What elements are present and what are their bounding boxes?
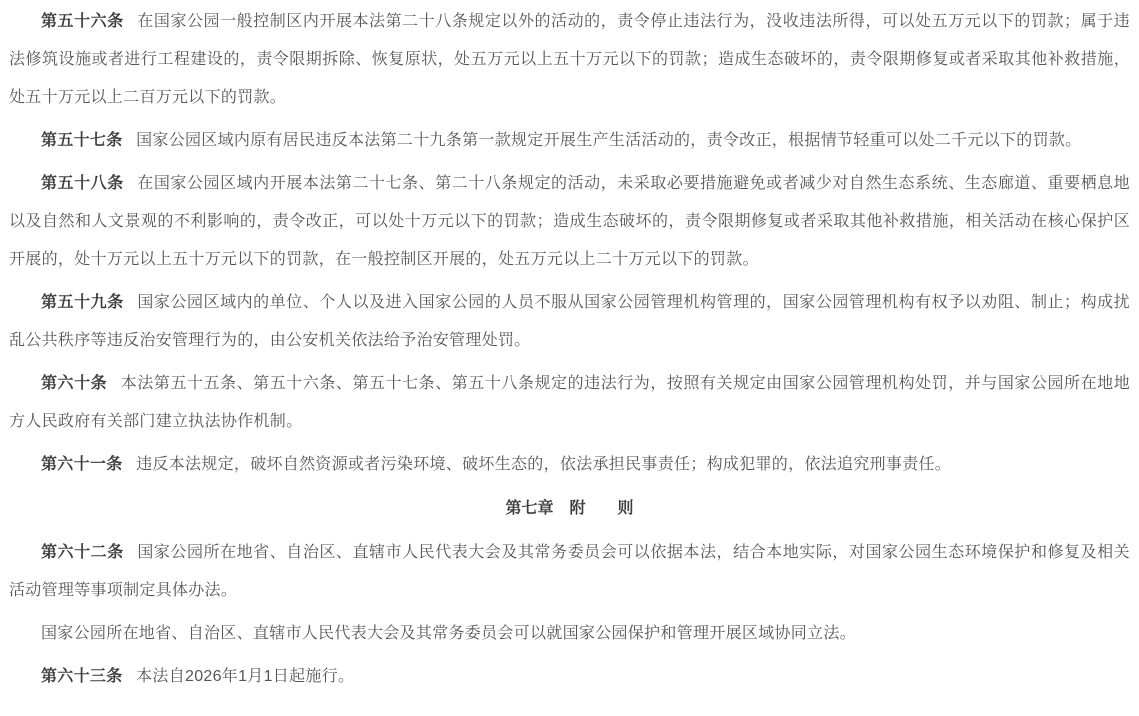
- law-article-paragraph: 第五十七条国家公园区域内原有居民违反本法第二十九条第一款规定开展生产生活活动的，…: [9, 122, 1130, 160]
- article-number: 第六十二条: [41, 544, 124, 561]
- article-text: 在国家公园一般控制区内开展本法第二十八条规定以外的活动的，责令停止违法行为，没收…: [9, 13, 1130, 106]
- law-article-paragraph: 第五十八条在国家公园区域内开展本法第二十七条、第二十八条规定的活动，未采取必要措…: [9, 165, 1130, 279]
- law-article-paragraph: 第五十九条国家公园区域内的单位、个人以及进入国家公园的人员不服从国家公园管理机构…: [9, 284, 1130, 360]
- article-text: 本法自2026年1月1日起施行。: [136, 668, 354, 685]
- law-article-paragraph: 第六十三条本法自2026年1月1日起施行。: [9, 658, 1130, 696]
- law-document-body: 第五十六条在国家公园一般控制区内开展本法第二十八条规定以外的活动的，责令停止违法…: [0, 0, 1139, 716]
- article-text: 国家公园所在地省、自治区、直辖市人民代表大会及其常务委员会可以就国家公园保护和管…: [41, 625, 856, 642]
- article-number: 第五十六条: [41, 13, 124, 30]
- law-plain-paragraph: 国家公园所在地省、自治区、直辖市人民代表大会及其常务委员会可以就国家公园保护和管…: [9, 615, 1130, 653]
- law-article-paragraph: 第六十一条违反本法规定，破坏自然资源或者污染环境、破坏生态的，依法承担民事责任；…: [9, 446, 1130, 484]
- article-text: 国家公园区域内的单位、个人以及进入国家公园的人员不服从国家公园管理机构管理的，国…: [9, 294, 1130, 349]
- article-number: 第六十三条: [41, 668, 123, 685]
- article-number: 第六十条: [41, 375, 107, 392]
- article-text: 国家公园区域内原有居民违反本法第二十九条第一款规定开展生产生活活动的，责令改正，…: [136, 132, 1081, 149]
- law-article-paragraph: 第六十条本法第五十五条、第五十六条、第五十七条、第五十八条规定的违法行为，按照有…: [9, 365, 1130, 441]
- article-number: 第五十八条: [41, 175, 124, 192]
- article-text: 违反本法规定，破坏自然资源或者污染环境、破坏生态的，依法承担民事责任；构成犯罪的…: [136, 456, 951, 473]
- article-text: 国家公园所在地省、自治区、直辖市人民代表大会及其常务委员会可以依据本法，结合本地…: [9, 544, 1130, 599]
- law-article-paragraph: 第五十六条在国家公园一般控制区内开展本法第二十八条规定以外的活动的，责令停止违法…: [9, 3, 1130, 117]
- article-text: 在国家公园区域内开展本法第二十七条、第二十八条规定的活动，未采取必要措施避免或者…: [9, 175, 1130, 268]
- law-article-paragraph: 第六十二条国家公园所在地省、自治区、直辖市人民代表大会及其常务委员会可以依据本法…: [9, 534, 1130, 610]
- article-number: 第六十一条: [41, 456, 123, 473]
- article-number: 第五十七条: [41, 132, 123, 149]
- article-text: 本法第五十五条、第五十六条、第五十七条、第五十八条规定的违法行为，按照有关规定由…: [9, 375, 1130, 430]
- article-number: 第五十九条: [41, 294, 124, 311]
- chapter-heading: 第七章 附 则: [9, 490, 1130, 528]
